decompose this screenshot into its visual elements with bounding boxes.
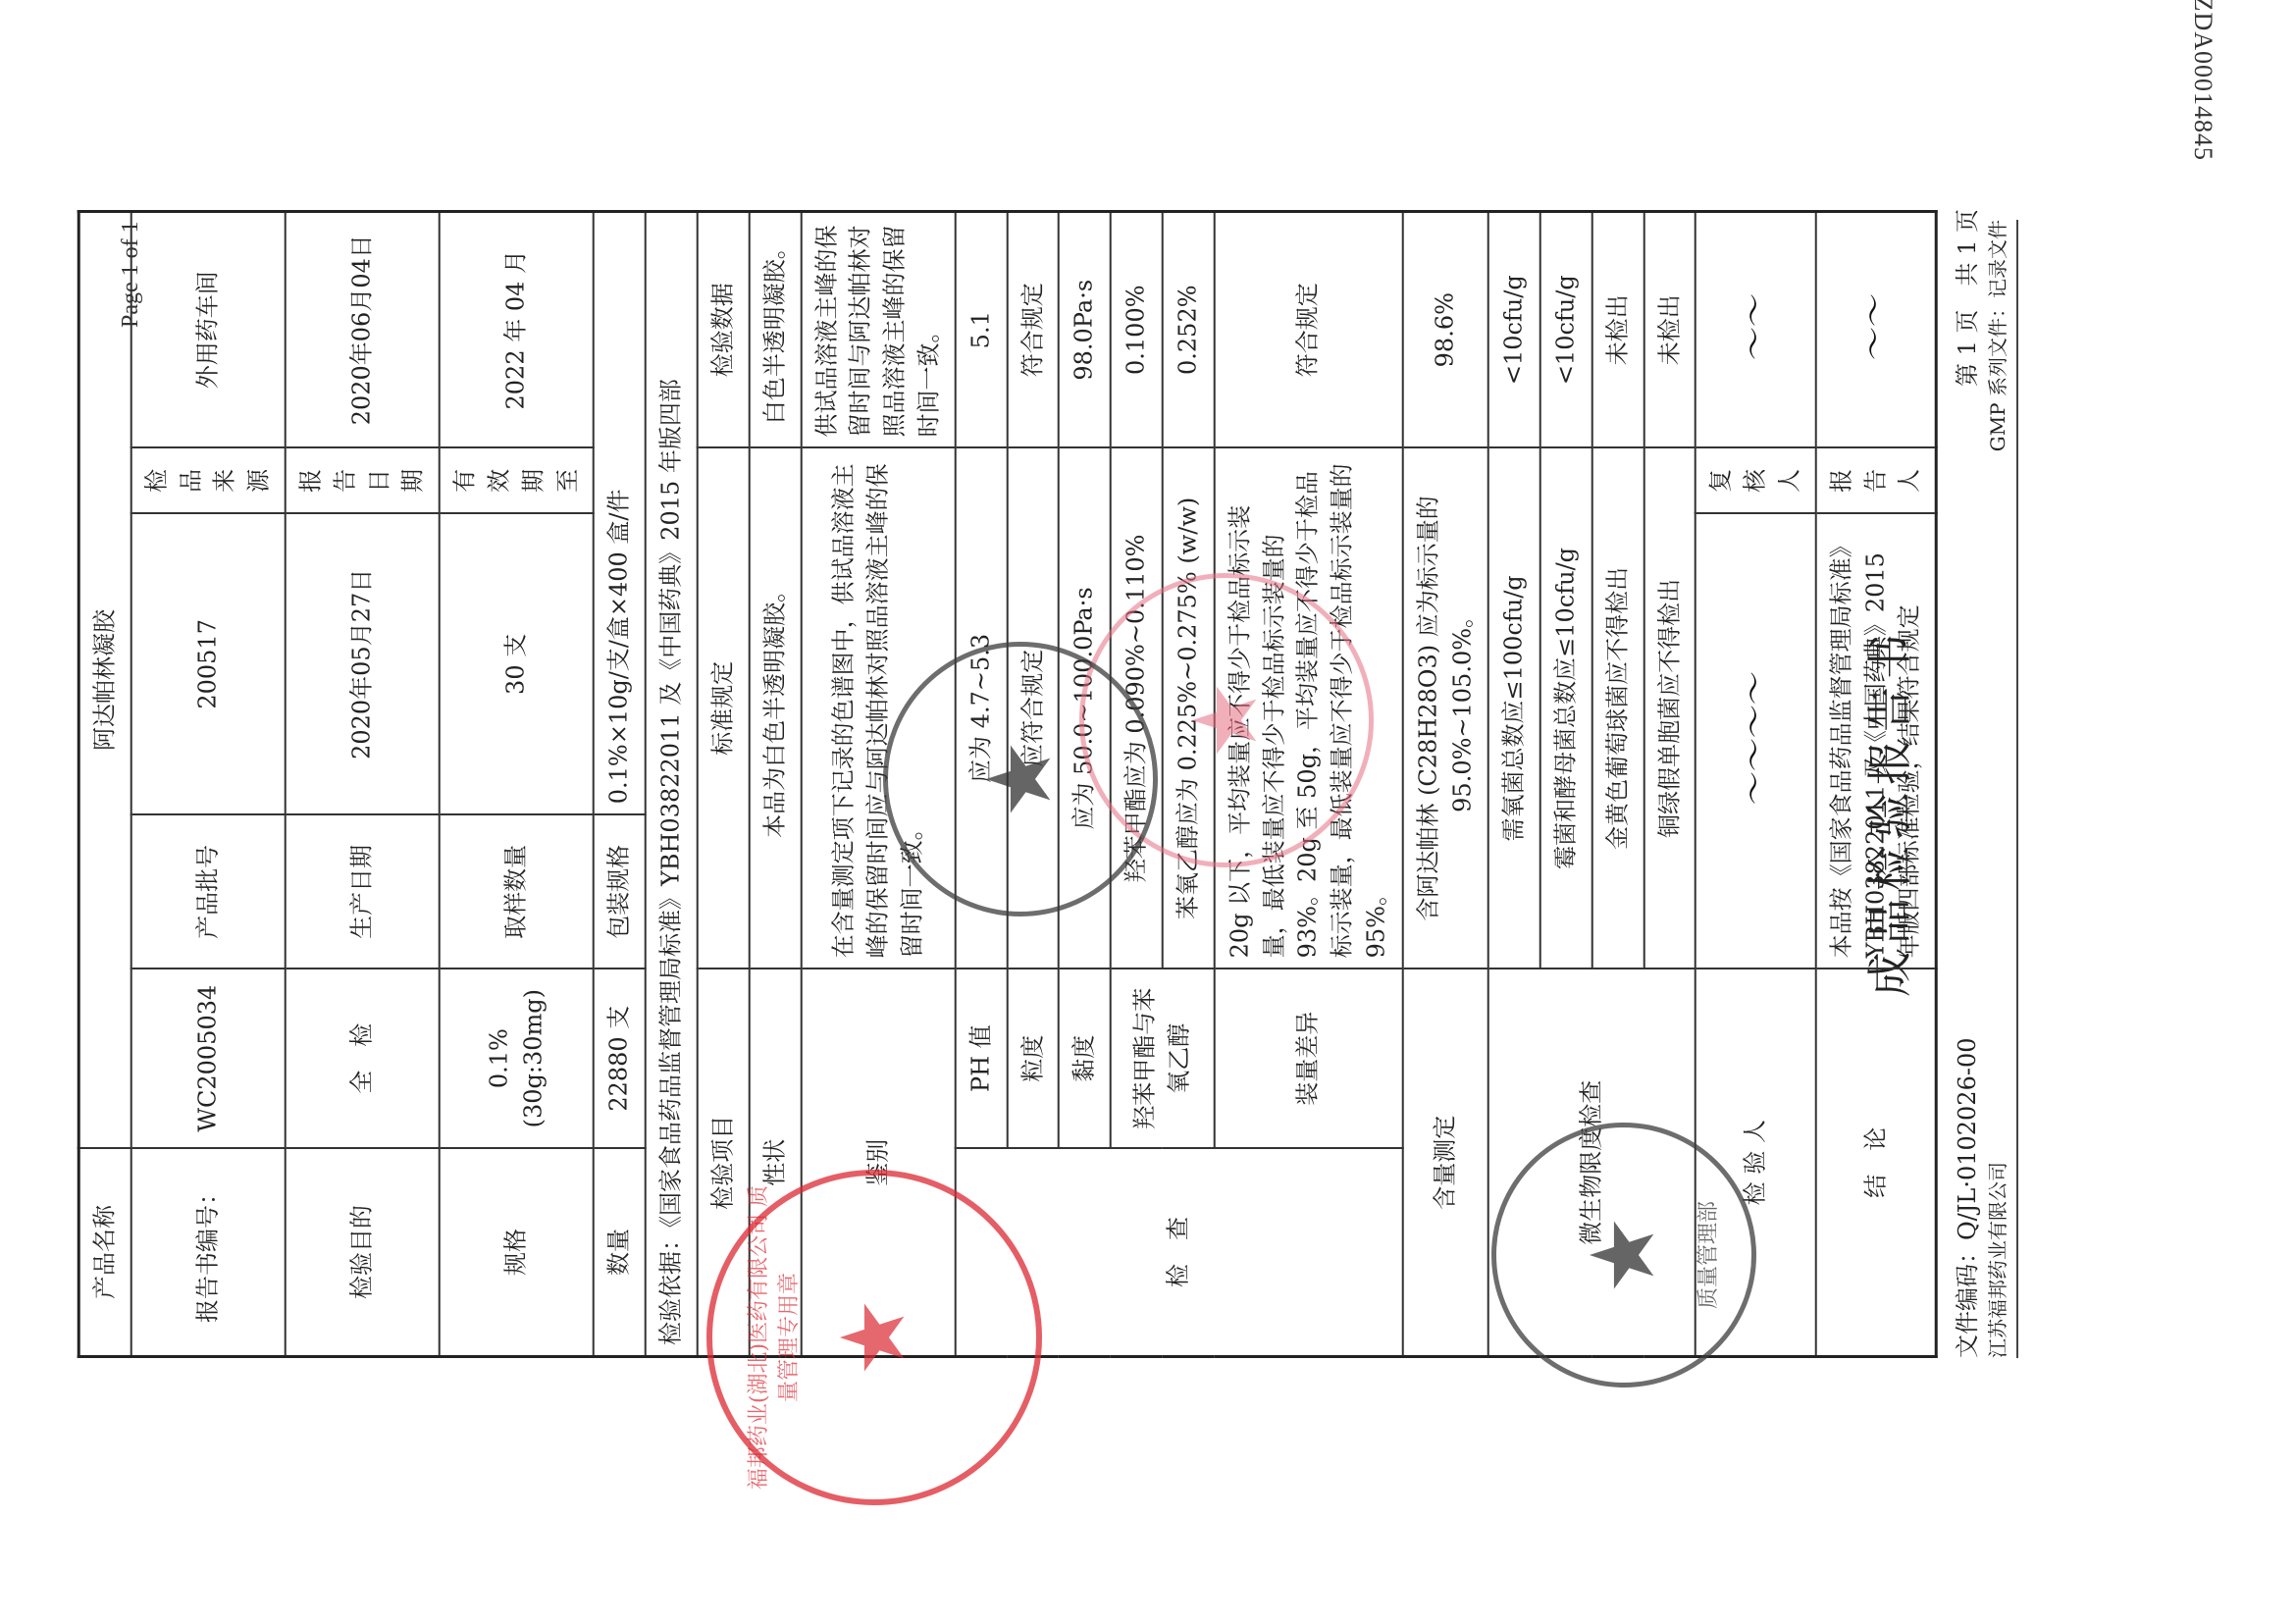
product-name-label: 产品名称 [78,1148,130,1357]
spec-label: 规格 [440,1148,594,1357]
scan-id: XSAZDA00014845 [2188,0,2218,161]
conclusion: 本品按《国家食品药品监督管理局标准》YBH03822011 及《中国药典》201… [1816,513,1937,969]
quantity-label: 数量 [594,1148,646,1357]
product-name: 阿达帕林凝胶 [78,212,130,1149]
spec: 0.1% (30g:30mg) [440,969,594,1148]
table-row: 性状 本品为白色半透明凝胶。 白色半透明凝胶。 [749,212,801,1357]
table-row: 鉴别 在含量测定项下记录的色谱图中，供试品溶液主峰的保留时间应与阿达帕林对照品溶… [801,212,955,1357]
report-no: WC2005034 [131,969,286,1148]
purpose-label: 检验目的 [286,1148,440,1357]
gmp-label: GMP 系列文件：记录文件 [1982,220,2010,451]
batch-no: 200517 [131,513,286,814]
inspector-signature: ～～～～ [1696,513,1815,969]
page-of-label: Page 1 of 1 [118,221,144,328]
reviewer-signature: ～～ [1696,212,1815,448]
check-group-label: 检 查 [955,1148,1402,1357]
sample-qty: 30 支 [440,513,594,814]
report-date-label: 报告日期 [286,447,440,513]
column-item: 检验项目 [698,969,750,1356]
package-spec: 0.1%×10g/支/盒×400 盒/件 [594,212,646,815]
source: 外用药车间 [131,212,286,448]
production-date: 2020年05月27日 [286,513,440,814]
quantity: 22880 支 [594,969,646,1148]
table-row: 微生物限度检查 需氧菌总数应≤100cfu/g <10cfu/g [1488,212,1540,1357]
reviewer-label: 复核人 [1696,447,1815,513]
report-date: 2020年06月04日 [286,212,440,448]
inspector-label: 检 验 人 [1696,969,1815,1356]
expiry-label: 有效期至 [440,447,594,513]
table-row: 含量测定 含阿达帕林 (C28H28O3) 应为标示量的 95.0%~105.0… [1402,212,1488,1357]
production-date-label: 生产日期 [286,814,440,969]
conclusion-label: 结 论 [1816,969,1937,1356]
page-count: 第 1 页 共 1 页 [1948,209,1982,387]
expiry: 2022 年 04 月 [440,212,594,448]
sample-qty-label: 取样数量 [440,814,594,969]
column-standard: 标准规定 [698,447,750,969]
package-label: 包装规格 [594,814,646,969]
company-name: 江苏福邦药业有限公司 [1986,1162,2009,1358]
source-label: 检品来源 [131,447,286,513]
report-page: 江苏福邦药业有限公司 GMP 系列文件：记录文件 成品检验报告书 文件编码：Q/… [0,0,2296,1623]
inspection-basis: 检验依据：《国家食品药品监督管理局标准》YBH03822011 及《中国药典》2… [646,212,698,1357]
reporter-label: 报告人 [1816,447,1937,513]
report-no-label: 报告书编号： [131,1148,286,1357]
purpose: 全 检 [286,969,440,1148]
reporter-signature: ～～ [1816,212,1937,448]
company-header: 江苏福邦药业有限公司 GMP 系列文件：记录文件 [1982,220,2018,1358]
column-result: 检验数据 [698,212,750,448]
inspection-report-table: 产品名称 阿达帕林凝胶 报告书编号： WC2005034 产品批号 200517… [78,210,1938,1358]
document-code: 文件编码：Q/JL·0102026-00 [1948,1038,1982,1358]
table-row: 检 查 PH 值 应为 4.7~5.3 5.1 [955,212,1007,1357]
batch-label: 产品批号 [131,814,286,969]
